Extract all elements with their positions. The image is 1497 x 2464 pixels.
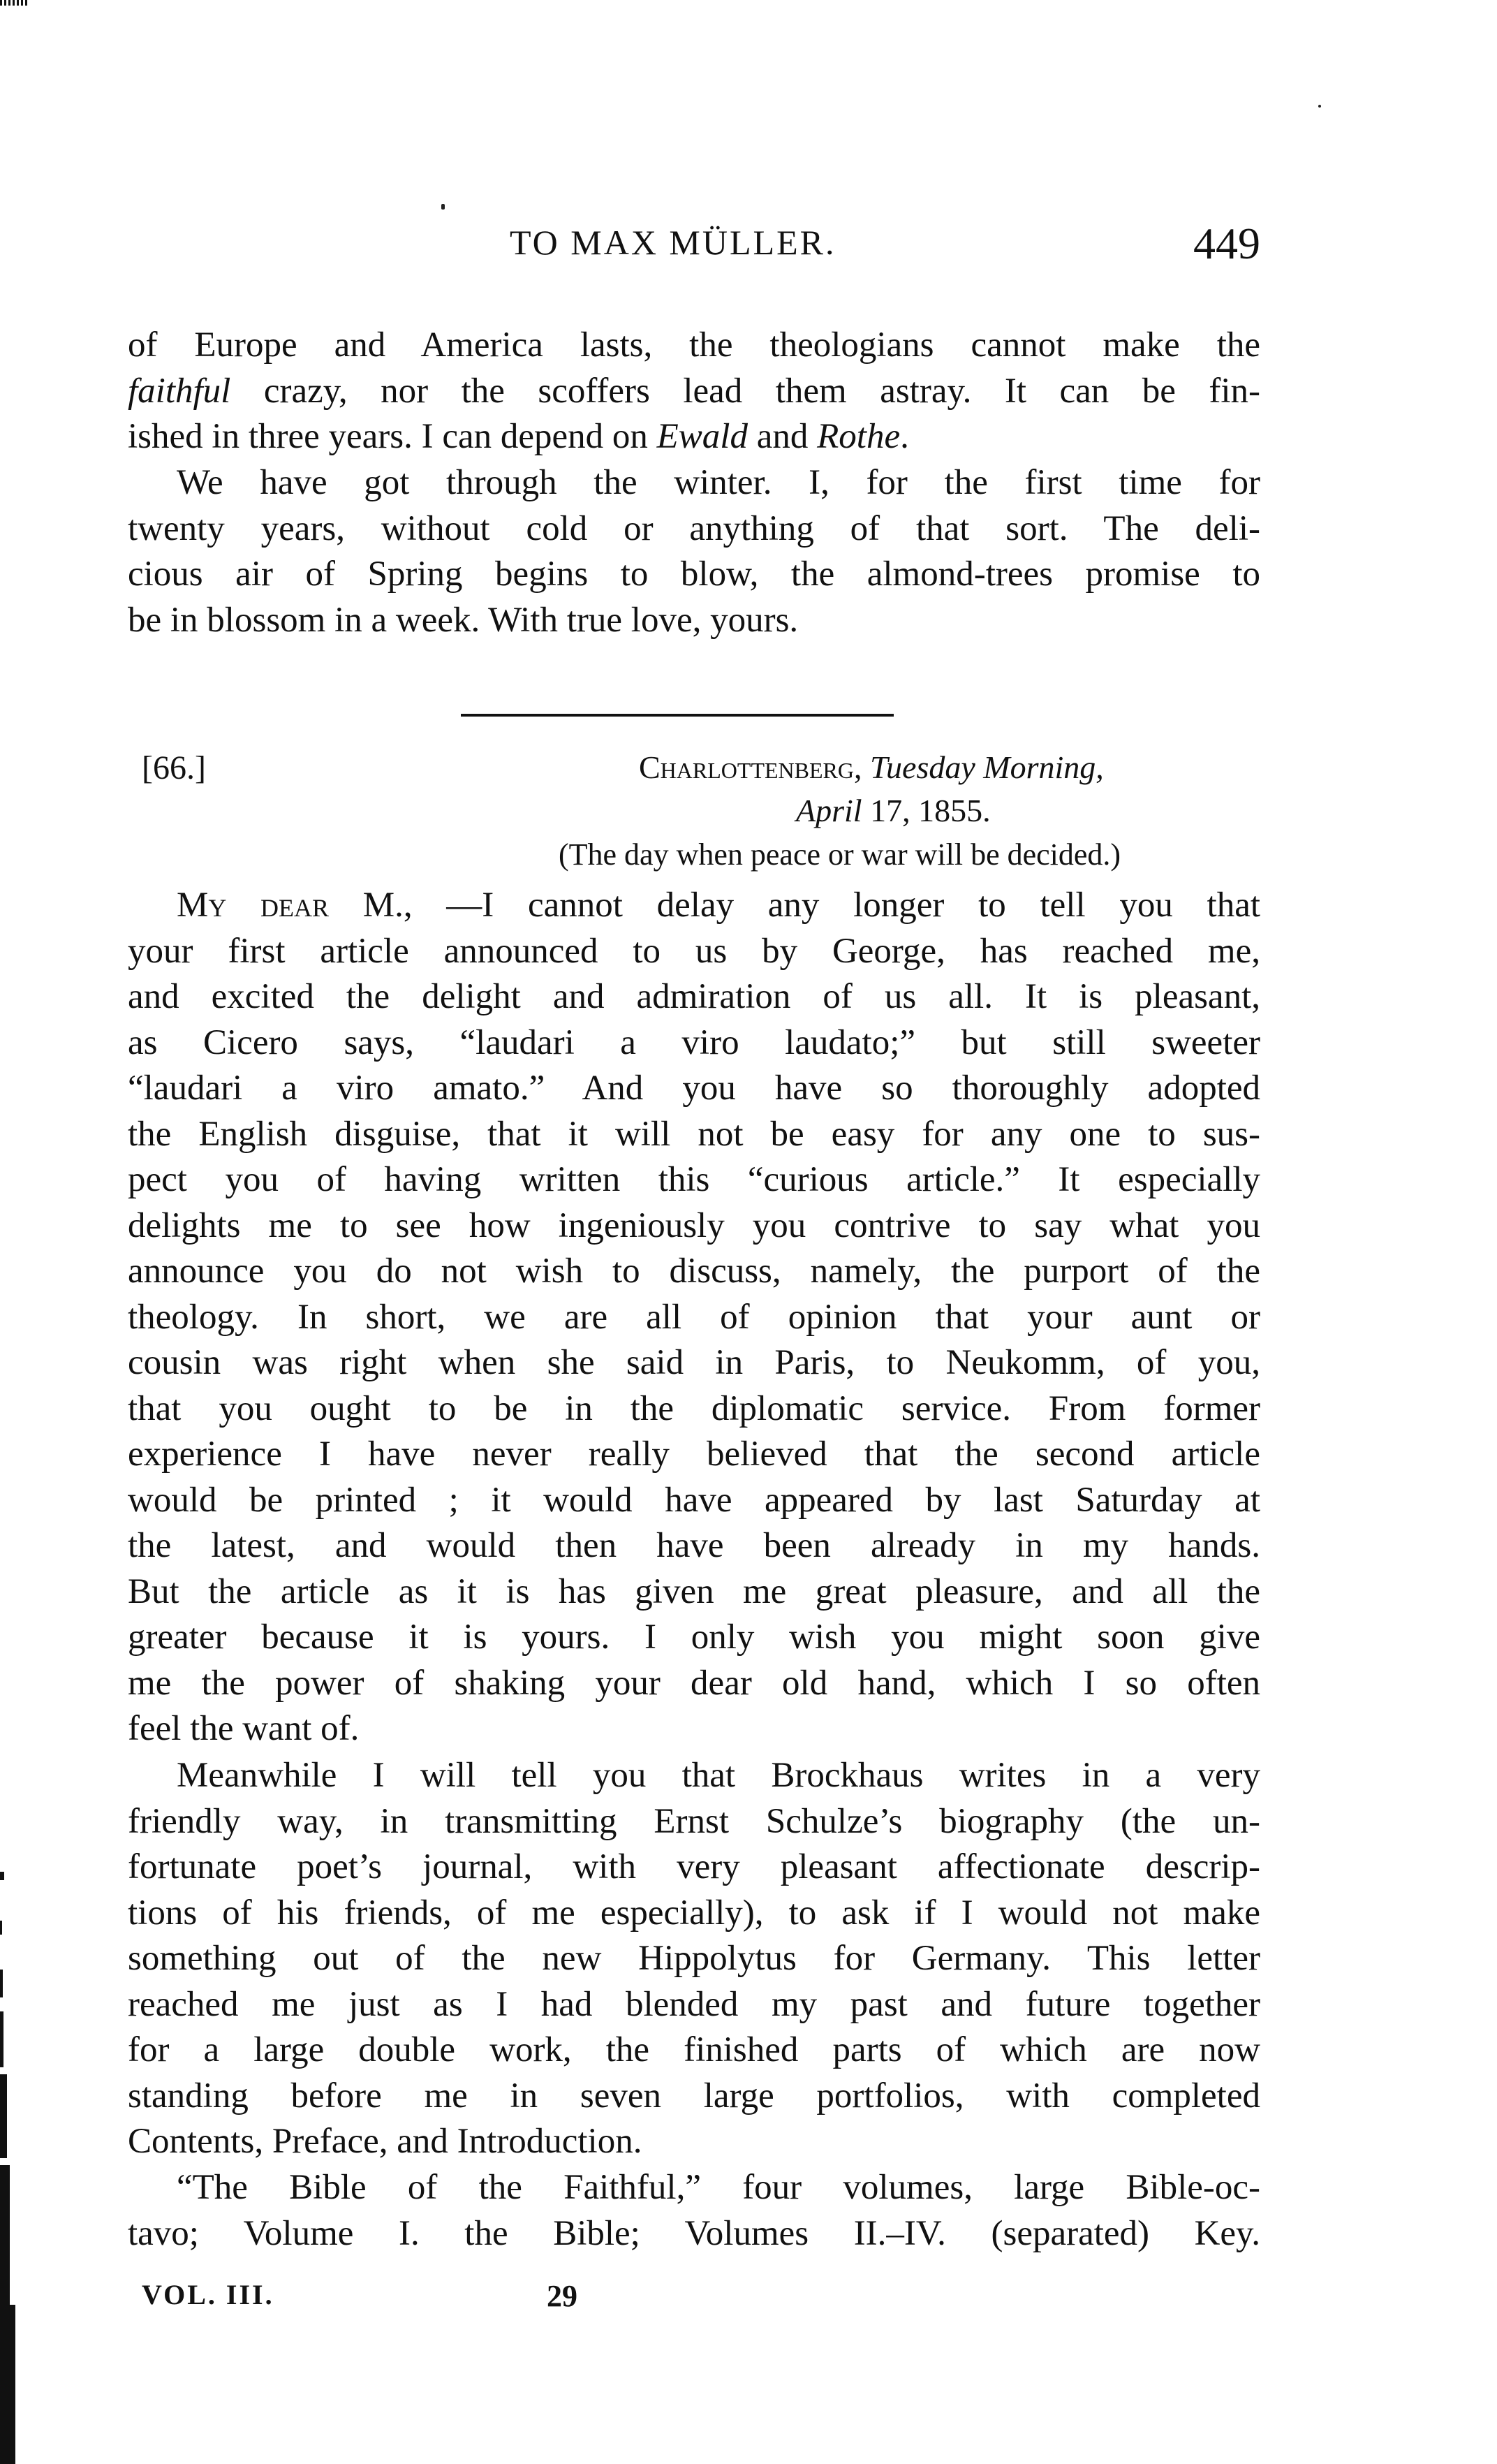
text-line: friendly way, in transmitting Ernst Schu… [128, 1799, 1260, 1845]
text-line: as Cicero says, “laudari a viro laudato;… [128, 1020, 1260, 1066]
letter-note: (The day when peace or war will be decid… [559, 837, 1121, 872]
text-line: faithful crazy, nor the scoffers lead th… [128, 369, 1260, 415]
book-page: TO MAX MÜLLER. 449 of Europe and America… [0, 0, 1497, 2464]
text-line: Contents, Preface, and Introduction. [128, 2119, 1260, 2165]
italic-word: Rothe [817, 417, 900, 456]
text-run: ished in three years. I can depend on [128, 417, 657, 456]
volume-mark: VOL. III. [142, 2279, 274, 2310]
text-line: delights me to see how ingeniously you c… [128, 1203, 1260, 1249]
text-line: cious air of Spring begins to blow, the … [128, 552, 1260, 598]
date-rest: 17, 1855. [862, 793, 991, 828]
running-head: TO MAX MÜLLER. 449 [128, 222, 1260, 278]
text-line: feel the want of. [128, 1706, 1260, 1752]
text-line: cousin was right when she said in Paris,… [128, 1340, 1260, 1386]
scan-artifact-corner [0, 0, 28, 6]
text-line: would be printed ; it would have appeare… [128, 1478, 1260, 1524]
text-line: “The Bible of the Faithful,” four volume… [128, 2165, 1260, 2211]
scan-artifact-mark [0, 2011, 3, 2067]
scan-artifact-mark [0, 1970, 3, 1997]
text-line: twenty years, without cold or anything o… [128, 506, 1260, 552]
letter-date: April 17, 1855. [796, 792, 991, 829]
salutation-line: My dear M., —I cannot delay any longer t… [128, 883, 1260, 929]
page-footer: VOL. III. 29 [142, 2278, 274, 2311]
scan-artifact-mark [0, 1921, 2, 1935]
text-line: ished in three years. I can depend on Ew… [128, 414, 1260, 460]
text-line: be in blossom in a week. With true love,… [128, 598, 1260, 644]
letter-body-paragraph-1: My dear M., —I cannot delay any longer t… [128, 883, 1260, 1752]
text-line: “laudari a viro amato.” And you have so … [128, 1066, 1260, 1112]
date-month: April [796, 793, 862, 828]
running-title: TO MAX MÜLLER. [510, 222, 836, 263]
text-run: and [748, 417, 817, 456]
text-line: me the power of shaking your dear old ha… [128, 1661, 1260, 1707]
italic-word: Ewald [657, 417, 748, 456]
text-line: Meanwhile I will tell you that Brockhaus… [128, 1753, 1260, 1799]
continuation-paragraph: of Europe and America lasts, the theolog… [128, 323, 1260, 460]
text-line: fortunate poet’s journal, with very plea… [128, 1845, 1260, 1891]
text-line: of Europe and America lasts, the theolog… [128, 323, 1260, 369]
scan-artifact-mark [0, 2305, 15, 2464]
salutation-smallcaps: y dear [208, 886, 329, 925]
text-line: pect you of having written this “curious… [128, 1157, 1260, 1203]
page-number: 449 [1193, 218, 1260, 270]
text-line: reached me just as I had blended my past… [128, 1982, 1260, 2028]
letter-body-paragraph-2: Meanwhile I will tell you that Brockhaus… [128, 1753, 1260, 2165]
paragraph-winter: We have got through the winter. I, for t… [128, 460, 1260, 643]
salutation-rest: M., —I cannot delay any longer to tell y… [329, 886, 1260, 925]
text-line: standing before me in seven large portfo… [128, 2074, 1260, 2120]
text-line: and excited the delight and admiration o… [128, 974, 1260, 1020]
text-line: that you ought to be in the diplomatic s… [128, 1386, 1260, 1432]
signature-mark: 29 [547, 2278, 577, 2314]
text-line: experience I have never really believed … [128, 1432, 1260, 1478]
text-line: announce you do not wish to discuss, nam… [128, 1249, 1260, 1295]
letter-number: [66.] [142, 749, 206, 787]
scan-artifact-dot [1318, 105, 1321, 108]
text-line: tions of his friends, of me especially),… [128, 1891, 1260, 1937]
text-line: your first article announced to us by Ge… [128, 929, 1260, 975]
letter-body-paragraph-3: “The Bible of the Faithful,” four volume… [128, 2165, 1260, 2257]
text-line: theology. In short, we are all of opinio… [128, 1295, 1260, 1341]
italic-word: faithful [128, 372, 230, 411]
scan-edge-artifacts [0, 1872, 21, 2464]
text-line: the latest, and would then have been alr… [128, 1523, 1260, 1569]
salutation-initial: M [177, 886, 208, 925]
text-line: for a large double work, the finished pa… [128, 2027, 1260, 2074]
letter-day: Tuesday Morning, [870, 749, 1104, 785]
scan-artifact-mark [0, 2074, 7, 2158]
scan-artifact-dot [441, 204, 445, 210]
scan-artifact-mark [0, 1872, 4, 1880]
place-name: Charlottenberg, [639, 749, 862, 785]
text-line: tavo; Volume I. the Bible; Volumes II.–I… [128, 2211, 1260, 2257]
scan-artifact-mark [0, 2165, 10, 2305]
text-run: . [900, 417, 909, 456]
text-line: We have got through the winter. I, for t… [128, 460, 1260, 506]
text-line: the English disguise, that it will not b… [128, 1112, 1260, 1158]
letter-place: Charlottenberg, Tuesday Morning, [639, 749, 1104, 786]
section-divider [461, 714, 894, 717]
text-run: crazy, nor the scoffers lead them astray… [230, 372, 1260, 411]
text-line: greater because it is yours. I only wish… [128, 1615, 1260, 1661]
text-line: something out of the new Hippolytus for … [128, 1936, 1260, 1982]
text-line: But the article as it is has given me gr… [128, 1569, 1260, 1615]
